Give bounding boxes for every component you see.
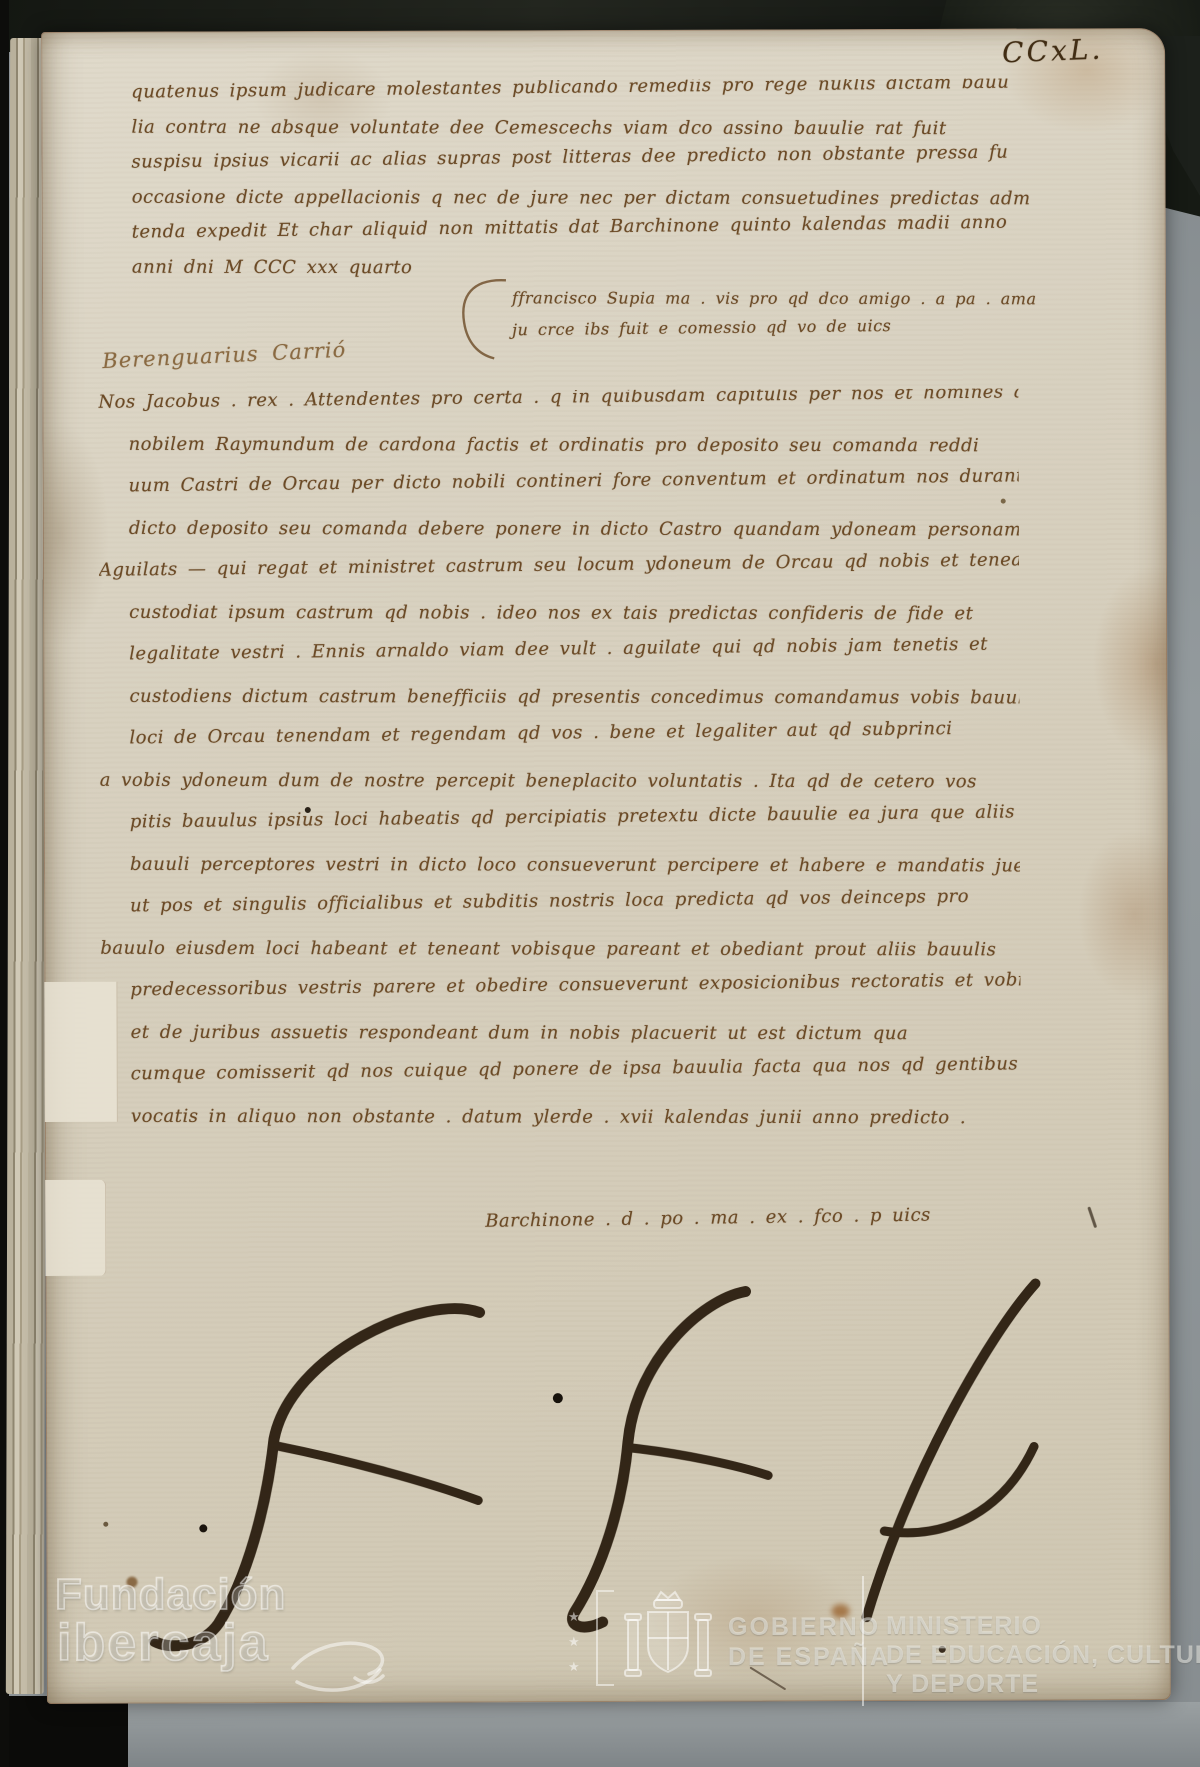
- manuscript-page: CCxL. quatenus ipsum judicare molestante…: [41, 28, 1171, 1704]
- bottom-shadow-strip: [0, 1696, 128, 1767]
- bottom-table-strip: [128, 1702, 1200, 1767]
- scanned-manuscript-photo: CCxL. quatenus ipsum judicare molestante…: [0, 0, 1200, 1767]
- notarial-flourishes: [41, 28, 1171, 1704]
